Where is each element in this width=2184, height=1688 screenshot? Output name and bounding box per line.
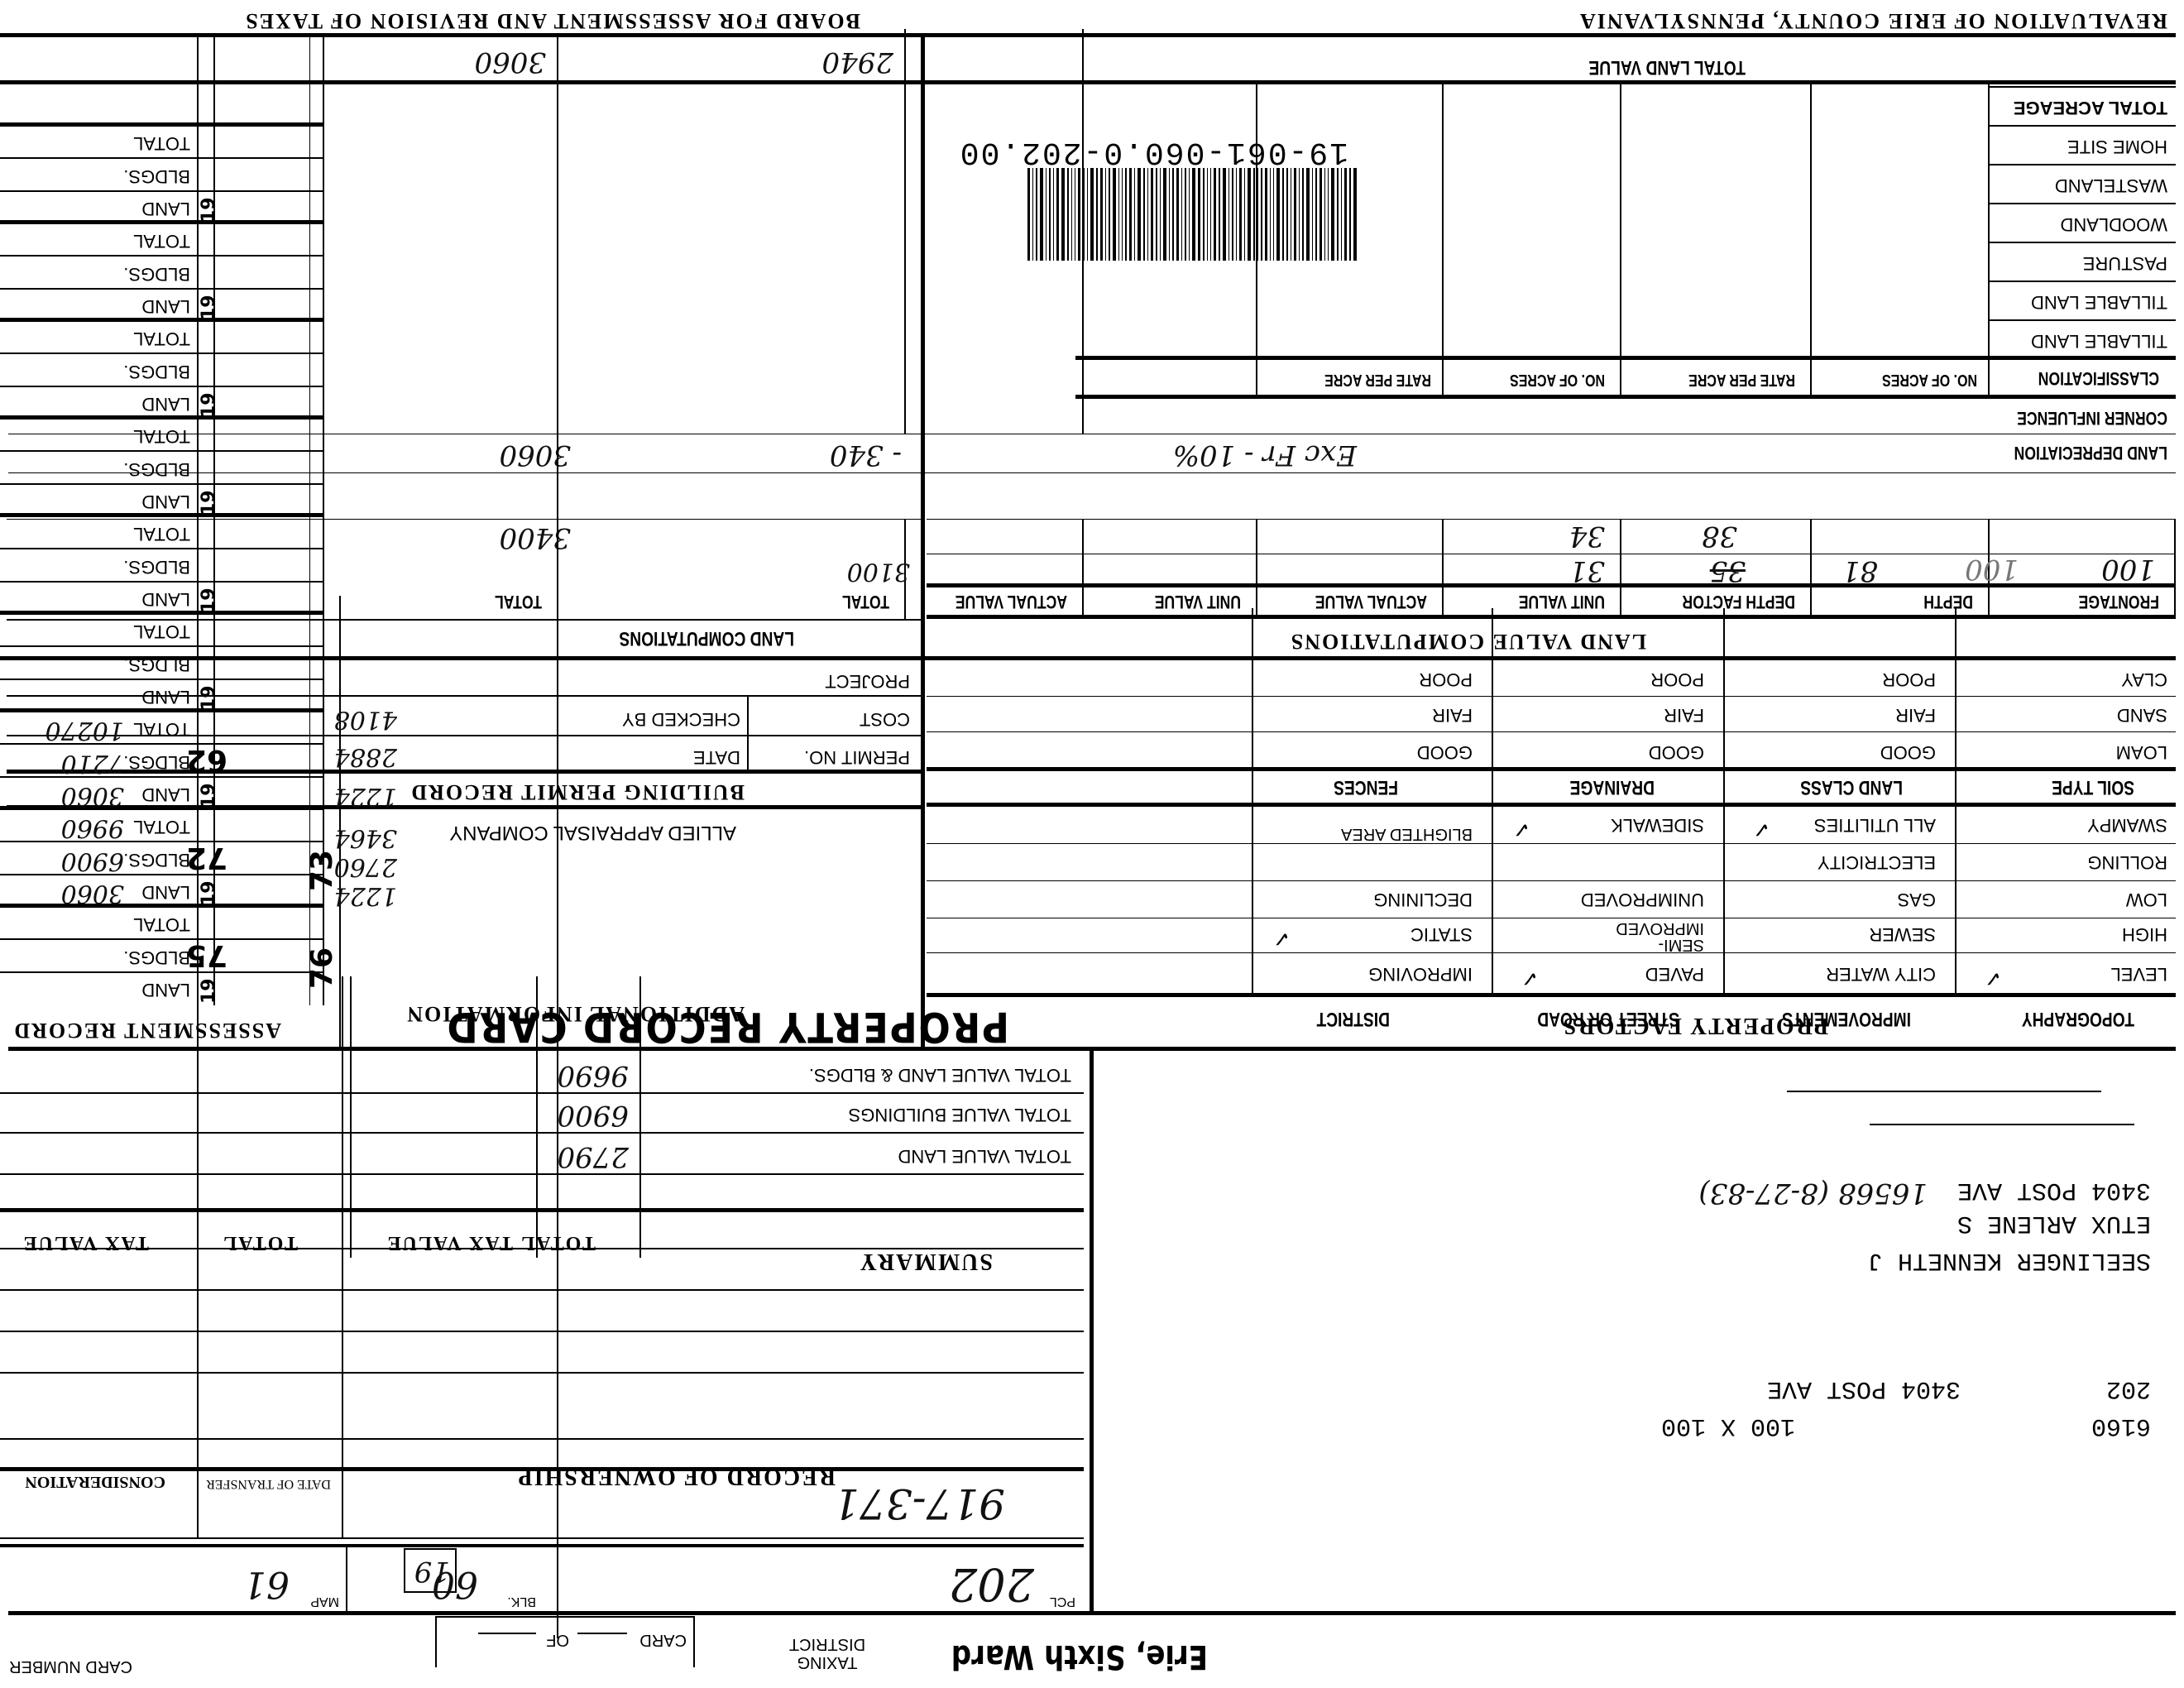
lvc-actual-value-2: 34 [1569, 520, 1605, 553]
ownership-entry-value: 917-371 [833, 1479, 1005, 1527]
building-permit-title: BUILDING PERMIT RECORD [409, 779, 745, 804]
lvc-depth-factor: 81 [1842, 554, 1878, 587]
soil-loam[interactable]: LOAM [2116, 741, 2167, 763]
land-class-good[interactable]: GOOD [1880, 741, 1936, 763]
assessment-label-land: LAND [141, 491, 190, 512]
land-depreciation-label: LAND DEPRECIATION [2014, 442, 2167, 463]
assessment-value-land[interactable]: 3060 [61, 879, 124, 908]
additional-code-2: 2760 [334, 852, 397, 881]
check-static[interactable]: ✓ [1272, 926, 1291, 952]
factor-gas[interactable]: GAS [1898, 889, 1936, 910]
assessment-label-bldgs: BLDGS. [123, 458, 190, 480]
taxing-district-label: TAXING DISTRICT [778, 1635, 877, 1671]
header-topography: TOPOGRAPHY [2022, 1007, 2134, 1030]
factor-high[interactable]: HIGH [2122, 923, 2167, 945]
assessment-label-bldgs: BLDGS. [123, 556, 190, 578]
blk-value: 60 [432, 1563, 478, 1605]
class-col-rate-1: RATE PER ACRE [1688, 370, 1795, 389]
assessment-label-land: LAND [141, 881, 190, 903]
project-label: PROJECT [825, 670, 910, 692]
summary-col-total2: TOTAL [222, 1231, 298, 1254]
assessment-label-bldgs: BLDGS. [123, 947, 190, 968]
header-soil-type: SOIL TYPE [2052, 775, 2134, 798]
land-class-poor[interactable]: POOR [1882, 669, 1936, 690]
assessment-label-land: LAND [141, 686, 190, 707]
factor-rolling[interactable]: ROLLING [2087, 851, 2167, 873]
assessment-year-prefix: 19 [199, 519, 215, 613]
land-depreciation-note: Exc Fr - 10% [1173, 439, 1357, 472]
lvc-frontage: 100 [2101, 553, 2155, 586]
barcode-text: 19-061-060.0-202.00 [959, 134, 1348, 170]
classification-row-label: PASTURE [2083, 252, 2167, 274]
header-street-or-road: STREET OR ROAD [1537, 1007, 1679, 1030]
assessment-label-bldgs: BLDGS. [123, 361, 190, 382]
soil-clay[interactable]: CLAY [2121, 669, 2167, 690]
lvc-depth: 100 [1965, 553, 2019, 586]
check-paved[interactable]: ✓ [1521, 966, 1539, 991]
total-land-value-a: 2940 [821, 46, 893, 79]
assessment-label-land: LAND [141, 393, 190, 415]
lvc-total-b: 3400 [499, 521, 571, 554]
owner-address: 3404 POST AVE [1957, 1176, 2151, 1204]
assessment-label-land: LAND [141, 588, 190, 610]
assessment-year-prefix: 19 [199, 324, 215, 418]
header-land-class: LAND CLASS [1800, 775, 1903, 798]
land-value-computations-title: LAND VALUE COMPUTATIONS [1290, 629, 1646, 654]
assessment-label-bldgs: BLDGS. [123, 751, 190, 773]
blk-label: BLK. [507, 1594, 536, 1609]
card-label: CARD [639, 1630, 687, 1649]
assessment-year-prefix: 19 [199, 226, 215, 320]
map-label: MAP [310, 1594, 339, 1609]
summary-row-label-land: TOTAL VALUE LAND [898, 1145, 1071, 1167]
additional-info-title: ADDITIONAL INFORMATION [405, 1001, 745, 1026]
land-depreciation-result: 3060 [499, 439, 571, 472]
assessment-year-prefix: 19 [199, 128, 215, 223]
total-land-value-label: TOTAL LAND VALUE [1588, 55, 1746, 79]
assessment-year-stamp-2: 73 [305, 850, 339, 891]
lvc-header: DEPTH [1923, 591, 1973, 612]
fences-poor[interactable]: POOR [1419, 669, 1473, 690]
ownership-title: RECORD OF OWNERSHIP [517, 1463, 836, 1489]
factor-static[interactable]: STATIC [1410, 923, 1473, 945]
assessment-year-prefix: 19 [199, 616, 215, 711]
lvc-unit-value-1: 35 [1710, 554, 1746, 587]
factor-unimproved[interactable]: UNIMPROVED [1581, 889, 1704, 910]
summary-col-tax-value2: TAX VALUE [22, 1231, 149, 1254]
drainage-good[interactable]: GOOD [1649, 741, 1704, 763]
factor-improving[interactable]: IMPROVING [1368, 963, 1473, 985]
factor-blighted-area[interactable]: BLIGHTED AREA [1340, 826, 1473, 842]
date-label: DATE [693, 746, 740, 768]
assessment-label-land: LAND [141, 198, 190, 219]
assessment-label-land: LAND [141, 979, 190, 1000]
factor-level[interactable]: LEVEL [2111, 963, 2168, 985]
classification-row-label: WASTELAND [2055, 175, 2167, 196]
classification-row-label: WOODLAND [2060, 213, 2167, 235]
assessment-label-bldgs: BLDGS. [123, 849, 190, 870]
total-land-value-b: 3060 [474, 46, 546, 79]
card-number-label: CARD NUMBER [8, 1657, 132, 1676]
assessment-label-total: TOTAL [133, 425, 190, 447]
corner-influence-label: CORNER INFLUENCE [2017, 407, 2167, 429]
assessment-year-prefix: 19 [199, 421, 215, 516]
assessment-year-stamp: 75 [186, 938, 227, 972]
permit-code-3: 4108 [334, 705, 397, 734]
class-col-acres-2: NO. OF ACRES [1510, 370, 1605, 389]
assessment-label-total: TOTAL [133, 523, 190, 544]
additional-code-3: 3464 [334, 823, 397, 852]
map-value: 61 [243, 1563, 290, 1605]
owner-line2-text: 3404 POST AVE [1767, 1374, 1961, 1403]
check-level[interactable]: ✓ [1984, 966, 2002, 991]
lvc-header: FRONTAGE [2079, 591, 2159, 612]
assessment-label-land: LAND [141, 295, 190, 317]
lvc-header: ACTUAL VALUE [1315, 591, 1427, 612]
class-col-acres-1: NO. OF ACRES [1882, 370, 1977, 389]
check-sidewalk[interactable]: ✓ [1512, 817, 1530, 842]
permit-code-2: 2884 [334, 742, 397, 771]
assessment-label-total: TOTAL [133, 816, 190, 837]
revaluation-title: REVALUATION OF ERIE COUNTY, PENNSYLVANIA [1578, 8, 2167, 33]
factor-declining[interactable]: DECLINING [1373, 889, 1473, 910]
fences-fair[interactable]: FAIR [1432, 704, 1473, 726]
lvc-header: TOTAL [495, 591, 542, 612]
land-class-fair[interactable]: FAIR [1895, 704, 1936, 726]
parcel-barcode [1025, 168, 1357, 261]
check-all-utilities[interactable]: ✓ [1752, 817, 1770, 842]
owner-name: SEELINGER KENNETH J [1868, 1246, 2151, 1274]
factor-sewer[interactable]: SEWER [1869, 923, 1936, 945]
assessment-year-stamp: 62 [186, 743, 227, 777]
owner-note: 16568 (8-27-83) [1698, 1177, 1928, 1210]
property-record-card: CARD NUMBER CARD OF TAXING DISTRICT Erie… [0, 0, 2184, 1688]
assessment-label-total: TOTAL [133, 914, 190, 935]
assessment-value-land[interactable]: 3060 [61, 781, 124, 810]
factor-paved[interactable]: PAVED [1645, 963, 1704, 985]
lvc-header: DEPTH FACTOR [1682, 591, 1795, 612]
assessment-label-bldgs: BLDGS. [123, 263, 190, 285]
lvc-header: TOTAL [842, 591, 889, 612]
summary-row-total-land[interactable]: 2790 [557, 1140, 629, 1173]
pcl-label: PCL [1050, 1594, 1075, 1609]
lvc-header: ACTUAL VALUE [955, 591, 1067, 612]
assessment-label-total: TOTAL [133, 230, 190, 252]
assessment-label-total: TOTAL [133, 132, 190, 154]
header-district: DISTRICT [1316, 1007, 1390, 1030]
assessment-value-total[interactable]: 10270 [45, 716, 124, 745]
header-improvements: IMPROVEMENTS [1782, 1007, 1911, 1030]
assessment-value-bldgs[interactable]: 6900 [61, 846, 124, 875]
assessment-label-total: TOTAL [133, 621, 190, 642]
summary-row-label-buildings: TOTAL VALUE BUILDINGS [849, 1104, 1071, 1125]
lvc-header: UNIT VALUE [1155, 591, 1241, 612]
land-depreciation-amount: - 340 [830, 439, 902, 472]
assessment-record-title: ASSESSMENT RECORD [12, 1018, 281, 1043]
assessment-value-total[interactable]: 9960 [61, 813, 124, 842]
permit-code-1: 1224 [334, 782, 397, 811]
factor-semi-improved[interactable]: SEMI-IMPROVED [1572, 920, 1704, 953]
land-computations-label: LAND COMPUTATIONS [619, 626, 794, 650]
summary-col-tax-value: TAX VALUE [386, 1231, 513, 1254]
additional-code-1: 1224 [334, 881, 397, 910]
taxing-district-value: Erie, Sixth Ward [951, 1638, 1208, 1676]
permit-no-label: PERMIT NO. [804, 746, 910, 768]
header-fences: FENCES [1334, 775, 1398, 798]
factor-low[interactable]: LOW [2126, 889, 2167, 910]
lvc-header: UNIT VALUE [1519, 591, 1605, 612]
appraisal-company: ALLIED APPRAISAL COMPANY [449, 821, 736, 844]
pcl-value: 202 [949, 1558, 1034, 1610]
assessment-label-bldgs: BLDGS. [123, 165, 190, 187]
lvc-unit-value-2: 38 [1702, 520, 1737, 553]
classification-row-label: TOTAL ACREAGE [2014, 97, 2167, 118]
board-title: BOARD FOR ASSESSMENT AND REVISION OF TAX… [244, 8, 860, 33]
summary-row-label-land-bldgs: TOTAL VALUE LAND & BLDGS. [809, 1064, 1071, 1086]
assessment-label-total: TOTAL [133, 328, 190, 349]
factor-swampy[interactable]: SWAMPY [2087, 814, 2167, 836]
owner-line1-text: 100 X 100 [1661, 1412, 1795, 1440]
classification-row-label: TILLABLE LAND [2031, 291, 2167, 313]
summary-title: SUMMARY [859, 1248, 993, 1274]
consideration-label: CONSIDERATION [25, 1472, 165, 1491]
owner-line1-code: 6160 [2091, 1412, 2151, 1440]
header-drainage: DRAINAGE [1570, 775, 1655, 798]
assessment-label-total: TOTAL [133, 718, 190, 740]
classification-row-label: TILLABLE LAND [2031, 330, 2167, 352]
assessment-year-stamp: 72 [186, 841, 227, 875]
lvc-actual-value-1: 31 [1569, 554, 1605, 587]
blk-field[interactable]: BLK. 60 [346, 1547, 544, 1614]
owner-line2-code: 202 [2106, 1374, 2151, 1403]
assessment-label-land: LAND [141, 784, 190, 805]
cost-label: COST [860, 708, 910, 730]
factor-electricity[interactable]: ELECTRICITY [1818, 851, 1936, 873]
drainage-fair[interactable]: FAIR [1664, 704, 1704, 726]
class-col-rate-2: RATE PER ACRE [1324, 370, 1431, 389]
fences-good[interactable]: GOOD [1417, 741, 1473, 763]
factor-all-utilities[interactable]: ALL UTILITIES [1814, 814, 1936, 836]
drainage-poor[interactable]: POOR [1650, 669, 1704, 690]
owner-name2: ETUX ARLENE S [1957, 1209, 2151, 1237]
assessment-value-bldgs[interactable]: 7210 [61, 749, 124, 778]
factor-city-water[interactable]: CITY WATER [1826, 963, 1936, 985]
classification-row-label: HOME SITE [2067, 136, 2167, 157]
checked-by-label: CHECKED BY [622, 708, 740, 730]
classification-label: CLASSIFICATION [2038, 367, 2159, 389]
date-of-transfer-label: DATE OF TRANSFER [206, 1476, 331, 1491]
map-field[interactable]: MAP 61 [0, 1547, 347, 1614]
factor-sidewalk[interactable]: SIDEWALK [1611, 814, 1704, 836]
soil-sand[interactable]: SAND [2117, 704, 2167, 726]
summary-row-total-buildings[interactable]: 6900 [557, 1099, 629, 1132]
lvc-total-a: 3100 [847, 557, 910, 586]
pcl-field[interactable]: PCL 202 [546, 1547, 1084, 1614]
summary-row-total-land-bldgs[interactable]: 9690 [557, 1059, 629, 1092]
assessment-label-bldgs: BLDGS. [123, 654, 190, 675]
card-of-box[interactable]: CARD OF [435, 1616, 695, 1667]
assessment-year-stamp-2: 76 [305, 947, 339, 989]
